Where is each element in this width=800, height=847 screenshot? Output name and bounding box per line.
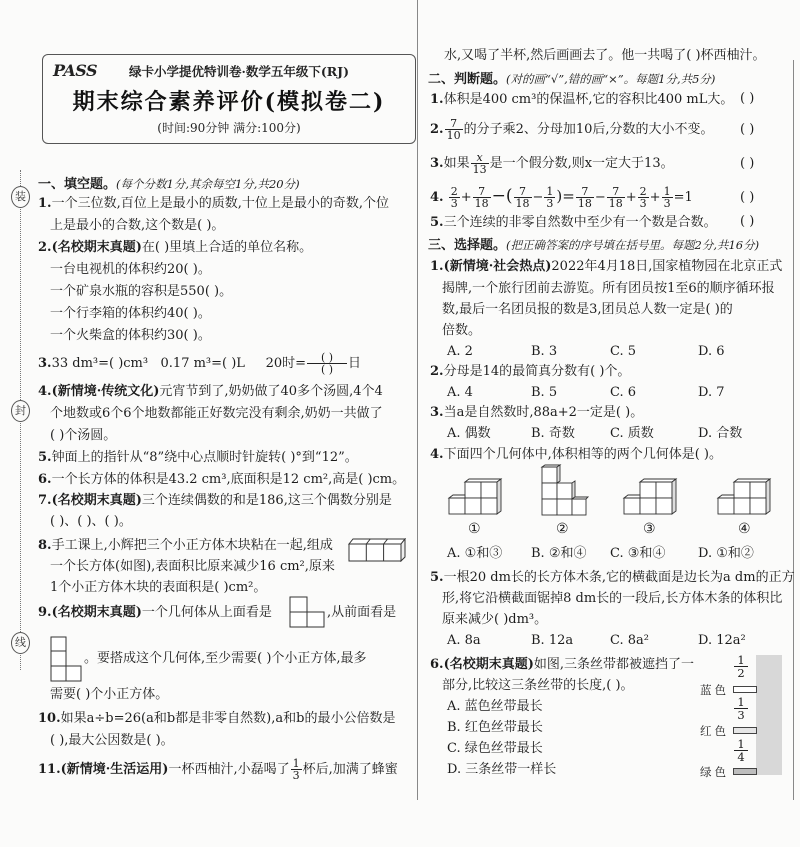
- question-number: 2.: [430, 122, 444, 137]
- option-c[interactable]: C. 6: [610, 384, 636, 402]
- s1-q2-item: 一台电视机的体积约20( )。: [50, 261, 211, 279]
- pass-logo: PASS: [53, 61, 97, 80]
- s3-q5-line2: 形,将它沿横截面锯掉8 dm长的一段后,长方体木条的体积比: [442, 590, 782, 608]
- ribbon-fraction-red: 13: [734, 696, 748, 721]
- section2-title: 二、判断题。: [428, 72, 506, 87]
- ribbon-red: [733, 727, 757, 734]
- series-title: 绿卡小学提优特训卷·数学五年级下(RJ): [129, 62, 349, 80]
- question-text: 当a是自然数时,88a+2一定是( )。: [444, 405, 644, 420]
- fraction-numerator: 1: [291, 758, 302, 769]
- fraction-denominator: ( ): [307, 363, 347, 375]
- question-text: 如图,三条丝带都被遮挡了一: [534, 657, 694, 672]
- question-number: 3.: [38, 356, 52, 371]
- binding-char-xian: 线: [11, 632, 30, 654]
- s1-q2-item: 一个火柴盒的体积约30( )。: [50, 327, 211, 345]
- section1-note: (每个分数1分,其余每空1分,共20分): [116, 177, 300, 191]
- option-a[interactable]: A. 偶数: [447, 425, 491, 443]
- answer-blank[interactable]: ( ): [740, 214, 754, 229]
- s1-q4-line1: 4.(新情境·传统文化)元宵节到了,奶奶做了40多个汤圆,4个4: [38, 383, 383, 401]
- s3-q2-line: 2.分母是14的最简真分数有( )个。: [430, 363, 630, 381]
- question-text: 体积是400 cm³的保温杯,它的容积比400 mL大。: [444, 92, 734, 107]
- option-d[interactable]: D. 7: [698, 384, 725, 402]
- option-a[interactable]: A. 8a: [447, 632, 481, 650]
- expr-operator: +: [461, 190, 472, 205]
- section3-note: (把正确答案的序号填在括号里。每题2分,共16分): [506, 238, 759, 252]
- expr-fraction: 718: [576, 186, 594, 209]
- ribbon-fraction-blue: 12: [734, 654, 748, 679]
- s1-q6-line: 6.一个长方体的体积是43.2 cm³,底面积是12 cm²,高是( )cm。: [38, 471, 405, 489]
- s1-q4-line3: ( )个汤圆。: [50, 427, 116, 445]
- option-b[interactable]: B. 红色丝带最长: [447, 719, 543, 737]
- figure-label-2: ②: [556, 521, 569, 537]
- column-divider: [417, 0, 418, 800]
- s3-q5-line1: 5.一根20 dm长的长方体木条,它的横截面是边长为a dm的正方: [430, 569, 795, 587]
- question-tag: (名校期末真题): [444, 657, 534, 672]
- question-number: 5.: [430, 215, 444, 230]
- section1-heading: 一、填空题。(每个分数1分,其余每空1分,共20分): [38, 175, 300, 194]
- s1-q8-line1: 8.手工课上,小辉把三个小正方体木块粘在一起,组成: [38, 537, 333, 555]
- fraction-denominator: 3: [291, 769, 302, 781]
- fraction-denominator: 10: [445, 129, 463, 141]
- expr-fraction: 13: [662, 186, 673, 209]
- s1-q7-line1: 7.(名校期末真题)三个连续偶数的和是186,这三个偶数分别是: [38, 492, 392, 510]
- ribbon-label-red: 红色: [700, 723, 729, 739]
- s1-q8-line3: 1个小正方体木块的表面积是( )cm²。: [50, 579, 266, 597]
- q3-fraction: ( )( ): [307, 352, 347, 375]
- fraction-numerator: 7: [445, 118, 463, 129]
- answer-blank[interactable]: ( ): [740, 91, 754, 106]
- expr-result: =1: [674, 190, 693, 205]
- question-text: 三个连续的非零自然数中至少有一个数是合数。: [444, 215, 717, 230]
- question-text: 一个长方体的体积是43.2 cm³,底面积是12 cm²,高是( )cm。: [52, 472, 406, 487]
- s1-q2-line: 2.(名校期末真题)在( )里填上合适的单位名称。: [38, 239, 312, 257]
- s1-q1-line2: 上是最小的合数,这个数是( )。: [50, 217, 224, 235]
- option-b[interactable]: B. 奇数: [531, 425, 575, 443]
- s1-q9-line2: 。要搭成这个几何体,至少需要( )个小正方体,最多: [84, 650, 367, 668]
- answer-blank[interactable]: ( ): [740, 156, 754, 171]
- s3-q1-line1: 1.(新情境·社会热点)2022年4月18日,国家植物园在北京正式: [430, 258, 782, 276]
- question-text: 2022年4月18日,国家植物园在北京正式: [551, 259, 782, 274]
- answer-blank[interactable]: ( ): [740, 122, 754, 137]
- question-number: 3.: [430, 405, 444, 420]
- question-text: 一杯西柚汁,小磊喝了: [168, 762, 289, 777]
- s3-q1-line2: 揭牌,一个旅行团前去游览。所有团员按1至6的顺序循环报: [442, 280, 775, 298]
- option-a[interactable]: A. ①和③: [447, 545, 502, 563]
- question-text: 一个三位数,百位上是最小的质数,十位上是最小的奇数,个位: [52, 196, 389, 211]
- question-text: 下面四个几何体中,体积相等的两个几何体是( )。: [444, 447, 722, 462]
- s2-q4-line: 4. 23+718−(718−13)=718−718+23+13=1: [430, 186, 693, 209]
- question-number: 4.: [430, 447, 444, 462]
- s2-q1-line: 1.体积是400 cm³的保温杯,它的容积比400 mL大。: [430, 91, 733, 109]
- option-b[interactable]: B. 12a: [531, 632, 573, 650]
- fraction-numerator: ( ): [307, 352, 347, 363]
- question-text: 是一个假分数,则x一定大于13。: [490, 156, 674, 171]
- question-text: 一根20 dm长的长方体木条,它的横截面是边长为a dm的正方: [444, 570, 795, 585]
- option-c[interactable]: C. 8a²: [610, 632, 649, 650]
- option-c[interactable]: C. ③和④: [610, 545, 665, 563]
- ribbon-green: [733, 768, 757, 775]
- section3-title: 三、选择题。: [428, 238, 506, 253]
- section2-heading: 二、判断题。(对的画“√”,错的画“×”。每题1分,共5分): [428, 70, 715, 89]
- question-number: 8.: [38, 538, 52, 553]
- s2-q5-line: 5.三个连续的非零自然数中至少有一个数是合数。: [430, 214, 717, 232]
- option-d[interactable]: D. ①和②: [698, 545, 754, 563]
- section1-title: 一、填空题。: [38, 177, 116, 192]
- question-number: 4.: [38, 384, 52, 399]
- question-tag: (新情境·社会热点): [444, 259, 552, 274]
- question-number: 1.: [430, 92, 444, 107]
- question-text: 元宵节到了,奶奶做了40多个汤圆,4个4: [159, 384, 382, 399]
- option-b[interactable]: B. 3: [531, 343, 557, 361]
- section2-note: (对的画“√”,错的画“×”。每题1分,共5分): [506, 72, 715, 86]
- fraction-numerator: 1: [734, 738, 748, 750]
- s2-q2-line: 2.710的分子乘2、分母加10后,分数的大小不变。: [430, 118, 714, 141]
- option-b[interactable]: B. 5: [531, 384, 557, 402]
- s1-q9-line3: 需要( )个小正方体。: [50, 686, 168, 704]
- question-number: 6.: [38, 472, 52, 487]
- option-a[interactable]: A. 蓝色丝带最长: [447, 698, 543, 716]
- exam-meta: (时间:90分钟 满分:100分): [43, 119, 415, 136]
- fraction-one-third: 13: [291, 758, 302, 781]
- s3-q5-line3: 原来减少( )dm³。: [442, 611, 547, 629]
- front-view-figure: [50, 636, 82, 686]
- figure-label-4: ④: [738, 521, 751, 537]
- s1-q9-line1: 9.(名校期末真题)一个几何体从上面看是: [38, 604, 272, 622]
- question-text: 钟面上的指针从“8”绕中心点顺时针旋转( )°到“12”。: [52, 450, 358, 465]
- s3-q6-line1: 6.(名校期末真题)如图,三条丝带都被遮挡了一: [430, 656, 694, 674]
- question-number: 5.: [430, 570, 444, 585]
- option-c[interactable]: C. 5: [610, 343, 636, 361]
- right-border: [793, 60, 794, 800]
- question-number: 9.: [38, 605, 52, 620]
- cube-figure-3: [622, 478, 682, 524]
- s1-q7-line2: ( )、( )、( )。: [50, 513, 132, 531]
- question-text: 如果: [444, 156, 470, 171]
- expr-fraction: 718: [607, 186, 625, 209]
- question-tag: (新情境·传统文化): [52, 384, 160, 399]
- question-tag: (名校期末真题): [52, 240, 142, 255]
- fraction-numerator: 1: [734, 696, 748, 708]
- s1-q4-line2: 个地数或6个6个地数都能正好数完没有剩余,奶奶一共做了: [50, 405, 383, 423]
- s1-q8-line2: 一个长方体(如图),表面积比原来减少16 cm²,原来: [50, 558, 335, 576]
- ribbon-blue: [733, 686, 757, 693]
- s3-q1-line3: 数,最后一名团员报的数是3,团员总人数一定是( )的: [442, 301, 733, 319]
- expr-operator: +: [650, 190, 661, 205]
- exam-page: 装 封 线 PASS 绿卡小学提优特训卷·数学五年级下(RJ) 期末综合素养评价…: [0, 0, 800, 847]
- expr-operator: )=: [556, 187, 574, 205]
- ribbon-cover-panel: [756, 655, 782, 775]
- fraction-seven-tenths: 710: [445, 118, 463, 141]
- section3-heading: 三、选择题。(把正确答案的序号填在括号里。每题2分,共16分): [428, 236, 759, 255]
- option-a[interactable]: A. 2: [447, 343, 473, 361]
- s1-q2-item: 一个矿泉水瓶的容积是550( )。: [50, 283, 232, 301]
- s3-q4-line: 4.下面四个几何体中,体积相等的两个几何体是( )。: [430, 446, 722, 464]
- question-text: 三个连续偶数的和是186,这三个偶数分别是: [142, 493, 392, 508]
- q3-part3-tail: 日: [348, 356, 361, 371]
- expr-fraction: 718: [473, 186, 491, 209]
- fraction-numerator: 1: [734, 654, 748, 666]
- option-d[interactable]: D. 12a²: [698, 632, 746, 650]
- s1-q10-line2: ( ),最大公因数是( )。: [50, 732, 174, 750]
- figure-label-3: ③: [643, 521, 656, 537]
- question-number: 3.: [430, 156, 444, 171]
- s1-q9-line1b: ,从前面看是: [327, 604, 396, 622]
- question-number: 4.: [430, 190, 444, 205]
- expr-operator: −(: [492, 186, 513, 206]
- answer-blank[interactable]: ( ): [740, 190, 754, 205]
- binding-margin: 装 封 线: [0, 0, 32, 847]
- question-number: 6.: [430, 657, 444, 672]
- option-d[interactable]: D. 6: [698, 343, 725, 361]
- question-text: 手工课上,小辉把三个小正方体木块粘在一起,组成: [52, 538, 333, 553]
- cube-figure-4: [716, 478, 776, 524]
- option-b[interactable]: B. ②和④: [531, 545, 586, 563]
- ribbon-label-blue: 蓝色: [700, 682, 729, 698]
- fraction-denominator: 2: [734, 666, 748, 679]
- question-text: 如果a÷b=26(a和b都是非零自然数),a和b的最小公倍数是: [61, 711, 396, 726]
- option-c[interactable]: C. 质数: [610, 425, 654, 443]
- question-number: 7.: [38, 493, 52, 508]
- fraction-numerator: x: [471, 152, 489, 163]
- question-number: 1.: [38, 196, 52, 211]
- question-number: 5.: [38, 450, 52, 465]
- question-text: 分母是14的最简真分数有( )个。: [444, 364, 631, 379]
- s1-q5-line: 5.钟面上的指针从“8”绕中心点顺时针旋转( )°到“12”。: [38, 449, 358, 467]
- s3-q6-line2: 部分,比较这三条丝带的长度,( )。: [442, 677, 634, 695]
- question-text: 在( )里填上合适的单位名称。: [142, 240, 312, 255]
- expr-operator: −: [533, 190, 544, 205]
- s1-q2-item: 一个行李箱的体积约40( )。: [50, 305, 211, 323]
- question-tag: (名校期末真题): [52, 605, 142, 620]
- question-text: 杯后,加满了蜂蜜: [303, 762, 398, 777]
- fraction-denominator: 13: [471, 163, 489, 175]
- option-a[interactable]: A. 4: [447, 384, 473, 402]
- ribbon-fraction-green: 14: [734, 738, 748, 763]
- question-number: 2.: [38, 240, 52, 255]
- s2-q3-line: 3.如果x13是一个假分数,则x一定大于13。: [430, 152, 674, 175]
- s3-q3-line: 3.当a是自然数时,88a+2一定是( )。: [430, 404, 643, 422]
- expr-operator: +: [626, 190, 637, 205]
- binding-char-zhuang: 装: [11, 186, 30, 208]
- q3-part1: 33 dm³=( )cm³: [52, 356, 149, 371]
- s1-q11-line1: 11.(新情境·生活运用)一杯西柚汁,小磊喝了13杯后,加满了蜂蜜: [38, 758, 398, 781]
- fraction-denominator: 3: [734, 708, 748, 721]
- exam-title: 期末综合素养评价(模拟卷二): [43, 85, 415, 116]
- expr-fraction: 23: [449, 186, 460, 209]
- question-number: 1.: [430, 259, 444, 274]
- top-view-figure: [289, 596, 325, 632]
- question-number: 2.: [430, 364, 444, 379]
- q3-part2: 0.17 m³=( )L: [161, 356, 245, 371]
- question-tag: (名校期末真题): [52, 493, 142, 508]
- expr-fraction: 23: [638, 186, 649, 209]
- cube-figure-1: [447, 478, 507, 524]
- ribbon-label-green: 绿色: [700, 764, 729, 780]
- question-text: 一个几何体从上面看是: [142, 605, 272, 620]
- s1-q1-line1: 1.一个三位数,百位上是最小的质数,十位上是最小的奇数,个位: [38, 195, 389, 213]
- expr-fraction: 718: [514, 186, 532, 209]
- fraction-x-over-13: x13: [471, 152, 489, 175]
- s3-q1-line4: 倍数。: [442, 322, 481, 340]
- question-number: 11.: [38, 762, 61, 777]
- expr-operator: −: [595, 190, 606, 205]
- s1-q3-line: 3.33 dm³=( )cm³ 0.17 m³=( )L 20时=( )( )日: [38, 352, 361, 375]
- exam-header: PASS 绿卡小学提优特训卷·数学五年级下(RJ) 期末综合素养评价(模拟卷二)…: [42, 54, 416, 144]
- question-tag: (新情境·生活运用): [61, 762, 169, 777]
- s1-q11-line2: 水,又喝了半杯,然后画画去了。他一共喝了( )杯西柚汁。: [444, 47, 766, 65]
- binding-char-feng: 封: [11, 400, 30, 422]
- figure-label-1: ①: [468, 521, 481, 537]
- question-text: 的分子乘2、分母加10后,分数的大小不变。: [464, 122, 714, 137]
- expr-fraction: 13: [544, 186, 555, 209]
- cube-figure-2: [540, 464, 590, 524]
- cuboid-three-cubes-figure: [348, 538, 408, 566]
- fraction-denominator: 4: [734, 750, 748, 763]
- s1-q10-line1: 10.如果a÷b=26(a和b都是非零自然数),a和b的最小公倍数是: [38, 710, 395, 728]
- option-d[interactable]: D. 三条丝带一样长: [447, 761, 556, 779]
- option-d[interactable]: D. 合数: [698, 425, 742, 443]
- question-number: 10.: [38, 711, 61, 726]
- option-c[interactable]: C. 绿色丝带最长: [447, 740, 543, 758]
- q3-part3-lead: 20时=: [266, 356, 306, 371]
